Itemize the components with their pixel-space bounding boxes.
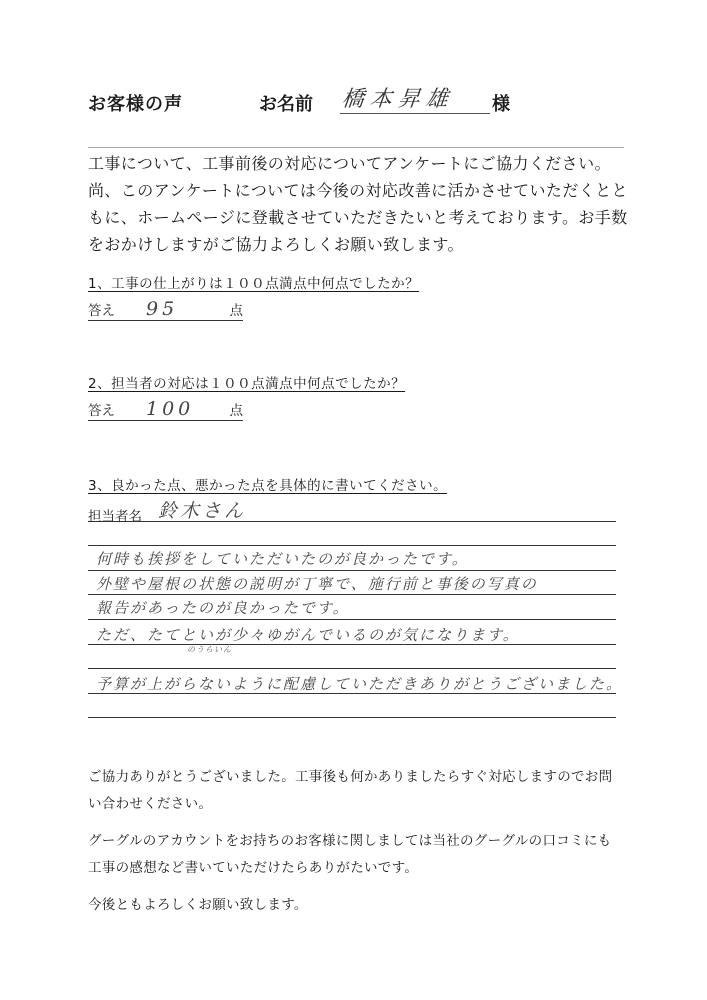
google-review-text: グーグルのアカウントをお持ちのお客様に関しましては当社のグーグルの口コミにも工事… xyxy=(88,828,618,882)
question-3: 3、良かった点、悪かった点を具体的に書いてください。 xyxy=(88,474,447,494)
ruled-line xyxy=(88,521,616,522)
ruled-line xyxy=(88,545,616,546)
ruled-line xyxy=(88,717,616,718)
honorific: 様 xyxy=(492,90,510,116)
ruled-line xyxy=(88,619,616,620)
correction-note: のうらいん xyxy=(187,644,232,655)
intro-paragraph: 工事について、工事前後の対応についてアンケートにご協力ください。尚、このアンケー… xyxy=(88,150,628,258)
comment-line: 何時も挨拶をしていただいたのが良かったです。 xyxy=(96,548,469,569)
name-underline xyxy=(340,113,490,114)
staff-name-label: 担当者名 xyxy=(88,505,142,525)
ruled-line xyxy=(88,668,616,669)
question-1: 1、工事の仕上がりは１００点満点中何点でしたか？ xyxy=(88,272,419,292)
comment-line: ただ、たてといが少々ゆがんでいるのが気になります。 xyxy=(96,624,520,645)
name-label: お名前 xyxy=(259,90,313,116)
customer-name-handwritten: 橋本昇雄 xyxy=(340,82,455,113)
answer-unit: 点 xyxy=(230,299,244,319)
comment-line: 外壁や屋根の状態の説明が丁寧で、施行前と事後の写真の xyxy=(96,573,538,594)
thanks-text: ご協力ありがとうございました。工事後も何かありましたらすぐ対応しますのでお問い合… xyxy=(88,764,618,818)
answer-label: 答え xyxy=(88,299,115,319)
ruled-line xyxy=(88,570,616,571)
regards-text: 今後ともよろしくお願い致します。 xyxy=(88,892,618,919)
answer-unit: 点 xyxy=(230,399,244,419)
answer-2-value: 100 xyxy=(146,398,194,420)
answer-label: 答え xyxy=(88,399,115,419)
ruled-line xyxy=(88,594,616,595)
comment-line: 予算が上がらないように配慮していただきありがとうございました。 xyxy=(96,673,623,694)
staff-name-handwritten: 鈴木さん xyxy=(158,496,246,523)
closing-message: ご協力ありがとうございました。工事後も何かありましたらすぐ対応しますのでお問い合… xyxy=(88,764,618,919)
answer-1-value: 95 xyxy=(146,298,178,320)
page-title: お客様の声 xyxy=(88,90,183,116)
comment-line: 報告があったのが良かったです。 xyxy=(96,597,350,618)
question-2: 2、担当者の対応は１００点満点中何点でしたか？ xyxy=(88,372,405,392)
divider xyxy=(88,147,624,148)
answer-1-field: 答え 95 点 xyxy=(88,298,243,321)
answer-2-field: 答え 100 点 xyxy=(88,398,243,421)
